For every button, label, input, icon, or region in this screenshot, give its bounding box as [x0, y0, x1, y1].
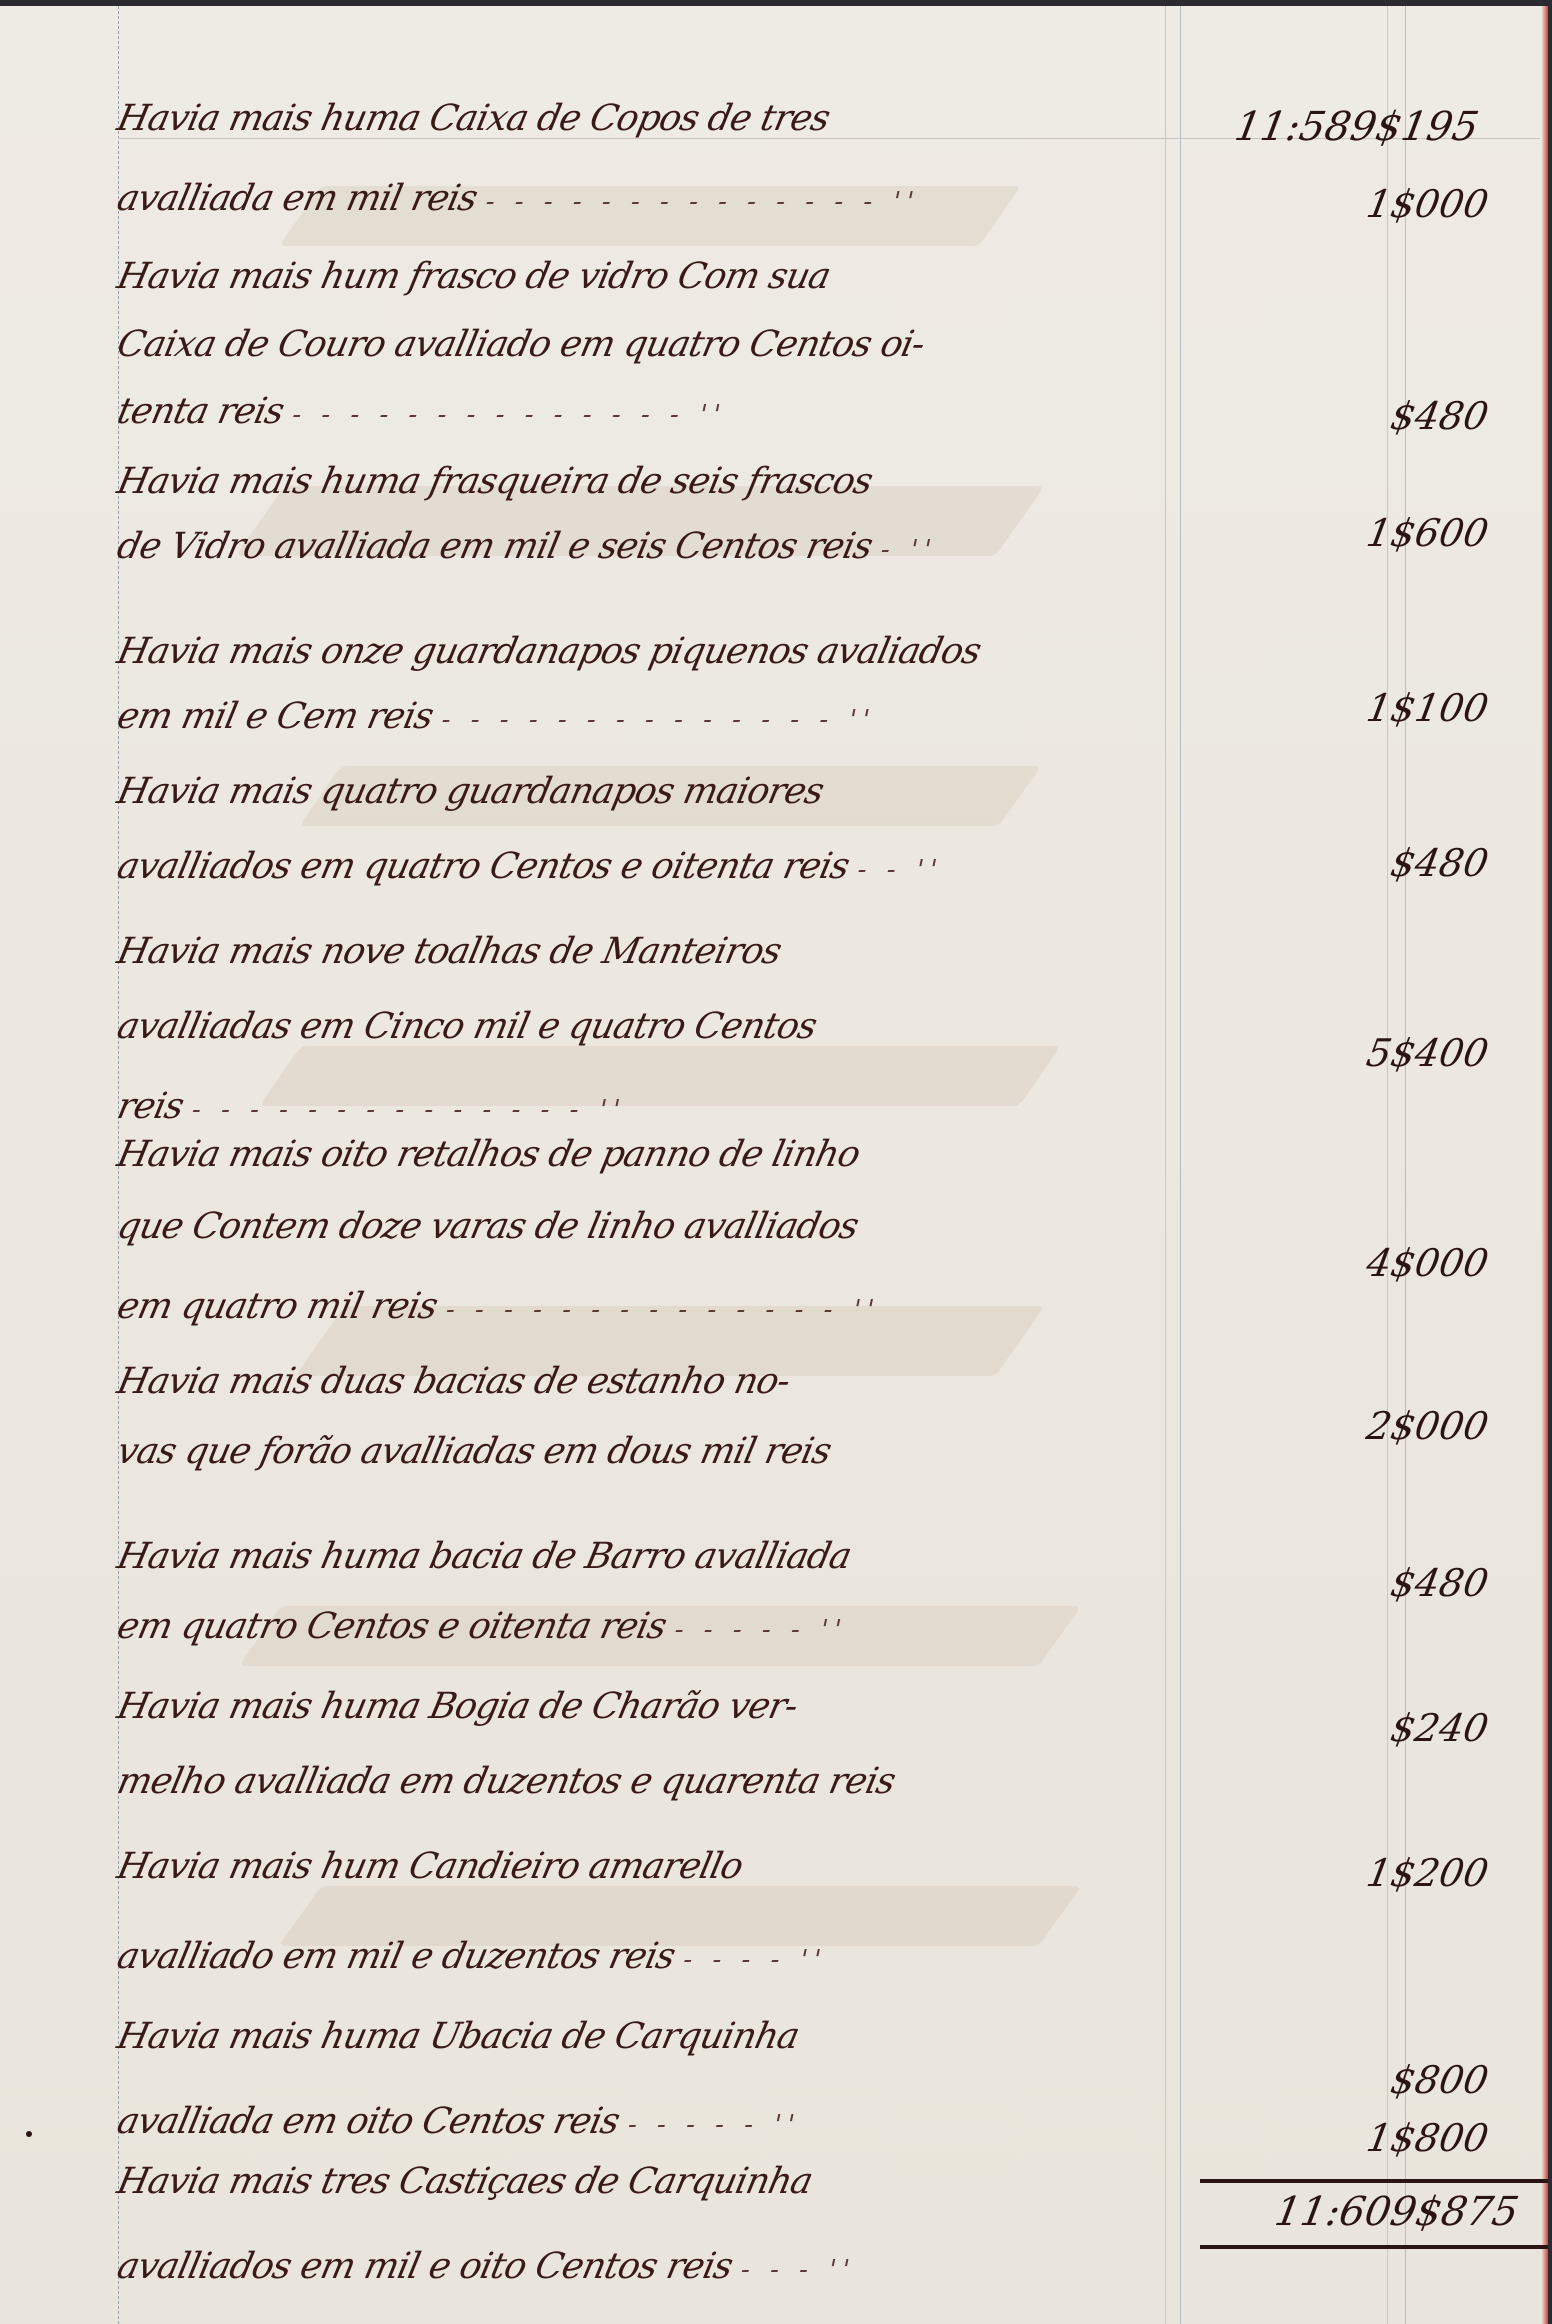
- column-rule: [1180, 6, 1181, 2324]
- entry-amount: 1$800: [1164, 2116, 1492, 2160]
- entry-line: avalliada em mil reis - - - - - - - - - …: [114, 178, 1173, 219]
- entry-line: Havia mais onze guardanapos piquenos ava…: [114, 631, 1173, 672]
- entry-line: em mil e Cem reis - - - - - - - - - - - …: [114, 696, 1173, 737]
- entry-line: Havia mais tres Castiçaes de Carquinha: [114, 2161, 1173, 2202]
- entry-line: que Contem doze varas de linho avalliado…: [114, 1206, 1173, 1247]
- entry-line: Caixa de Couro avalliado em quatro Cento…: [114, 324, 1173, 365]
- entry-line: Havia mais quatro guardanapos maiores: [114, 771, 1173, 812]
- margin-mark: [26, 2131, 32, 2137]
- entry-amount: $480: [1164, 1561, 1492, 1605]
- carried-forward-amount: 11:589$195: [1154, 104, 1482, 150]
- entry-line: Havia mais huma Bogia de Charão ver-: [114, 1686, 1173, 1727]
- entry-amount: $800: [1164, 2058, 1492, 2102]
- entry-line: Havia mais huma Caixa de Copos de tres: [114, 98, 1173, 139]
- entry-amount: 1$200: [1164, 1851, 1492, 1895]
- entry-amount: $480: [1164, 841, 1492, 885]
- entry-line: avalliada em oito Centos reis - - - - - …: [114, 2101, 1173, 2142]
- entry-line: Havia mais huma bacia de Barro avalliada: [114, 1536, 1173, 1577]
- entry-line: melho avalliada em duzentos e quarenta r…: [114, 1761, 1173, 1802]
- running-total-box: 11:609$875: [1200, 2179, 1548, 2249]
- entry-line: tenta reis - - - - - - - - - - - - - - '…: [114, 391, 1173, 432]
- entry-line: avalliados em quatro Centos e oitenta re…: [114, 846, 1173, 887]
- entry-amount: $240: [1164, 1706, 1492, 1750]
- entry-amount: 4$000: [1164, 1241, 1492, 1285]
- page-edge: [1542, 6, 1548, 2324]
- entry-line: Havia mais hum Candieiro amarello: [114, 1846, 1173, 1887]
- entry-line: Havia mais duas bacias de estanho no-: [114, 1361, 1173, 1402]
- entry-line: em quatro mil reis - - - - - - - - - - -…: [114, 1286, 1173, 1327]
- entry-line: avalliado em mil e duzentos reis - - - -…: [114, 1936, 1173, 1977]
- entry-line: Havia mais huma frasqueira de seis frasc…: [114, 461, 1173, 502]
- running-total-amount: 11:609$875: [1196, 2189, 1522, 2235]
- entry-line: avalliados em mil e oito Centos reis - -…: [114, 2246, 1173, 2287]
- entry-line: de Vidro avalliada em mil e seis Centos …: [114, 526, 1173, 567]
- column-rule: [1387, 6, 1388, 2324]
- entry-line: vas que forão avalliadas em dous mil rei…: [114, 1431, 1173, 1472]
- entry-line: Havia mais huma Ubacia de Carquinha: [114, 2016, 1173, 2057]
- entry-line: Havia mais oito retalhos de panno de lin…: [114, 1134, 1173, 1175]
- entry-line: avalliadas em Cinco mil e quatro Centos: [114, 1006, 1173, 1047]
- entry-line: Havia mais nove toalhas de Manteiros: [114, 931, 1173, 972]
- column-rule: [1405, 6, 1406, 2324]
- entry-line: em quatro Centos e oitenta reis - - - - …: [114, 1606, 1173, 1647]
- entry-amount: $480: [1164, 394, 1492, 438]
- entry-amount: 1$000: [1164, 182, 1492, 226]
- entry-amount: 1$600: [1164, 511, 1492, 555]
- entry-amount: 2$000: [1164, 1404, 1492, 1448]
- entry-line: Havia mais hum frasco de vidro Com sua: [114, 256, 1173, 297]
- ledger-page: 11:589$195 Havia mais huma Caixa de Copo…: [0, 6, 1548, 2324]
- entry-amount: 5$400: [1164, 1031, 1492, 1075]
- entry-line: reis - - - - - - - - - - - - - - '': [114, 1086, 1173, 1127]
- entry-amount: 1$100: [1164, 686, 1492, 730]
